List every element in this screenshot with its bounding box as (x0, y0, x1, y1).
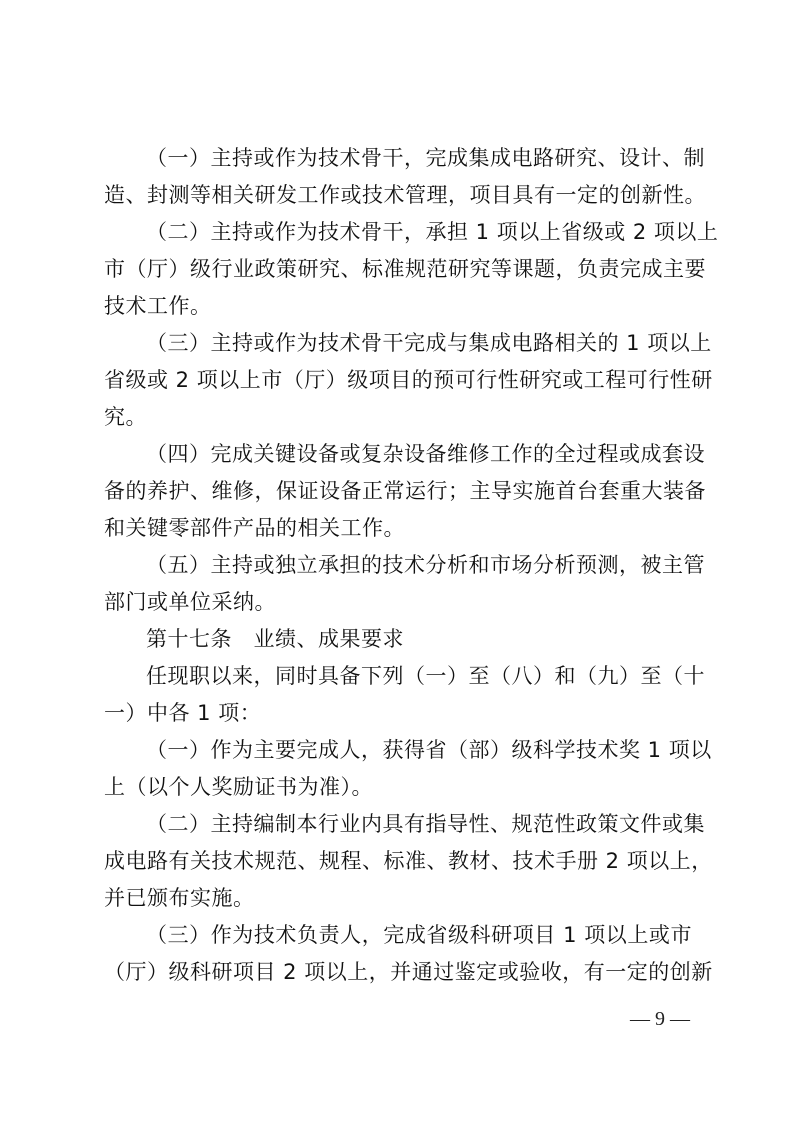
document-body: （一）主持或作为技术骨干，完成集成电路研究、设计、制造、封测等相关研发工作或技术… (104, 140, 692, 991)
text-line: （一）作为主要完成人，获得省（部）级科学技术奖 1 项以 (104, 732, 692, 769)
text-line: （三）作为技术负责人，完成省级科研项目 1 项以上或市 (104, 917, 692, 954)
text-line: 技术工作。 (104, 288, 692, 325)
text-line: 省级或 2 项以上市（厅）级项目的预可行性研究或工程可行性研 (104, 362, 692, 399)
text-line: 市（厅）级行业政策研究、标准规范研究等课题，负责完成主要 (104, 251, 692, 288)
text-line: （二）主持或作为技术骨干，承担 1 项以上省级或 2 项以上 (104, 214, 692, 251)
text-line: 成电路有关技术规范、规程、标准、教材、技术手册 2 项以上， (104, 843, 692, 880)
text-line: （五）主持或独立承担的技术分析和市场分析预测，被主管 (104, 547, 692, 584)
text-line: 一）中各 1 项： (104, 695, 692, 732)
text-line: 任现职以来，同时具备下列（一）至（八）和（九）至（十 (104, 658, 692, 695)
text-line: 究。 (104, 399, 692, 436)
text-line: 和关键零部件产品的相关工作。 (104, 510, 692, 547)
text-line: 造、封测等相关研发工作或技术管理，项目具有一定的创新性。 (104, 177, 692, 214)
text-line: 备的养护、维修，保证设备正常运行；主导实施首台套重大装备 (104, 473, 692, 510)
text-line: （厅）级科研项目 2 项以上，并通过鉴定或验收，有一定的创新 (104, 954, 692, 991)
text-line: 上（以个人奖励证书为准）。 (104, 769, 692, 806)
text-line: （二）主持编制本行业内具有指导性、规范性政策文件或集 (104, 806, 692, 843)
text-line: 第十七条 业绩、成果要求 (104, 621, 692, 658)
text-line: 并已颁布实施。 (104, 880, 692, 917)
page-number: — 9 — (620, 1008, 700, 1031)
text-line: 部门或单位采纳。 (104, 584, 692, 621)
text-line: （一）主持或作为技术骨干，完成集成电路研究、设计、制 (104, 140, 692, 177)
text-line: （三）主持或作为技术骨干完成与集成电路相关的 1 项以上 (104, 325, 692, 362)
text-line: （四）完成关键设备或复杂设备维修工作的全过程或成套设 (104, 436, 692, 473)
